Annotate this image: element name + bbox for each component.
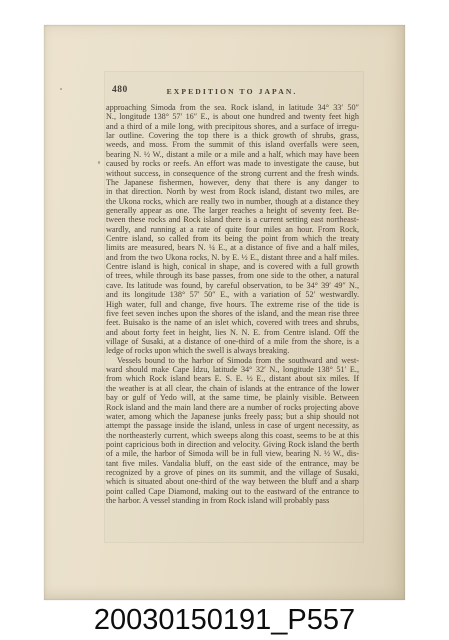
text-line: The Japanese fishermen, however, deny th… bbox=[106, 178, 359, 187]
book-page-scan: 480 EXPEDITION TO JAPAN. approaching Sim… bbox=[44, 25, 405, 600]
text-line: wardly, and running at a rate of quite f… bbox=[106, 225, 359, 234]
text-line: Centre island, so called from its being … bbox=[106, 234, 359, 243]
page-body-text: approaching Simoda from the sea. Rock is… bbox=[106, 103, 359, 505]
text-line: of a mile, the harbor of Simoda will be … bbox=[106, 449, 359, 458]
text-line: in that direction. North by west from Ro… bbox=[106, 187, 359, 196]
text-line: bay or gulf of Yedo will, at the same ti… bbox=[106, 393, 359, 402]
text-line: the northeasterly current, which sweeps … bbox=[106, 431, 359, 440]
text-line: water, among which the Japanese junks fr… bbox=[106, 412, 359, 421]
text-line: bearing N. ½ W., distant a mile or a mil… bbox=[106, 150, 359, 159]
text-line: ward should make Cape Idzu, latitude 34°… bbox=[106, 365, 359, 374]
text-line: weeds, and moss. From the summit of this… bbox=[106, 140, 359, 149]
text-line: point called Cape Diamond, making out to… bbox=[106, 487, 359, 496]
text-line: ledge of rocks upon which the swell is a… bbox=[106, 346, 359, 355]
text-line: and its longitude 138° 57′ 50″ E., with … bbox=[106, 290, 359, 299]
text-line: the harbor. A vessel standing in from Ro… bbox=[106, 496, 359, 505]
archival-id-label: 20030150191_P557 bbox=[94, 604, 355, 637]
text-line: Rock island and the main land there are … bbox=[106, 403, 359, 412]
text-line: which is situated about one-third of the… bbox=[106, 477, 359, 486]
text-line: approaching Simoda from the sea. Rock is… bbox=[106, 103, 359, 112]
text-line: tween these rocks and Rock island there … bbox=[106, 215, 359, 224]
text-line: point capricious both in direction and v… bbox=[106, 440, 359, 449]
text-line: generally appear as one. The larger reac… bbox=[106, 206, 359, 215]
text-line: five feet seven inches upon the shores o… bbox=[106, 309, 359, 318]
text-line: the weather is at all clear, the chain o… bbox=[106, 384, 359, 393]
text-line: of trees, while through its base passes,… bbox=[106, 271, 359, 280]
paper-speck bbox=[98, 161, 100, 164]
paper-speck bbox=[60, 88, 62, 90]
text-line: village of Susaki, at a distance of one-… bbox=[106, 337, 359, 346]
running-header-title: EXPEDITION TO JAPAN. bbox=[106, 87, 358, 96]
text-line: attempt the passage inside the island, u… bbox=[106, 421, 359, 430]
archival-label-strip: 20030150191_P557 bbox=[0, 601, 449, 640]
text-line: lar outline. Covering the top there is a… bbox=[106, 131, 359, 140]
text-line: feet. Buisako is the name of an islet wh… bbox=[106, 318, 359, 327]
text-line: Vessels bound to the harbor of Simoda fr… bbox=[106, 356, 359, 365]
text-line: recognized by a grove of pines on its su… bbox=[106, 468, 359, 477]
text-line: from which Rock island bears E. S. E. ½ … bbox=[106, 374, 359, 383]
text-line: and from the two Ukona rocks, N. by E. ½… bbox=[106, 253, 359, 262]
text-line: Centre island is high, conical in shape,… bbox=[106, 262, 359, 271]
text-line: cave. Its latitude was found, by careful… bbox=[106, 281, 359, 290]
text-line: the Ukona rocks, which are really two in… bbox=[106, 197, 359, 206]
text-line: caused by rocks or reefs. An effort was … bbox=[106, 159, 359, 168]
text-line: N., longitude 138° 57′ 16″ E., is about … bbox=[106, 112, 359, 121]
text-line: tant five miles. Vandalia bluff, on the … bbox=[106, 459, 359, 468]
text-line: limits are measured, bears N. ¼ E., at a… bbox=[106, 243, 359, 252]
scanned-document-view: 480 EXPEDITION TO JAPAN. approaching Sim… bbox=[0, 0, 449, 640]
text-line: High water, full and change, five hours.… bbox=[106, 300, 359, 309]
text-line: and a third of a mile long, with precipi… bbox=[106, 122, 359, 131]
text-line: and about forty feet in height, lies N. … bbox=[106, 328, 359, 337]
text-line: without success, in consequence of the s… bbox=[106, 169, 359, 178]
